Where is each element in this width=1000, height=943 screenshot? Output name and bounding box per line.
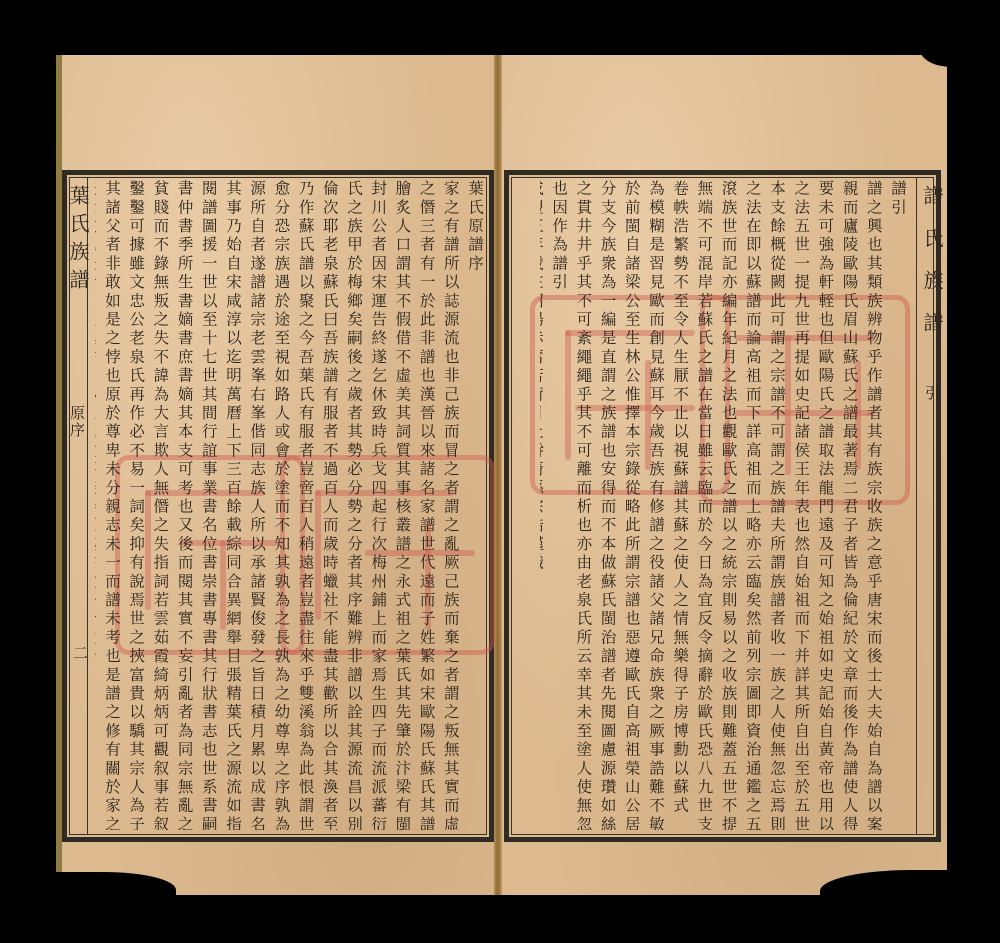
left-col-heading: 葉氏原譜序 (463, 180, 487, 830)
right-banxin-section: 引 (922, 385, 943, 402)
left-page-text: 葉氏原譜序 家之有譜所以誌源流也非己族而冒之者謂之亂厥己族而棄之者謂之叛無其實而… (95, 180, 487, 830)
left-col: 倫次耶老泉蘇氏曰吾族譜有服者不過百人而歲時蠟社不能盡其歡所以合其渙者至不相往來 (318, 180, 342, 830)
right-col: 卷帙浩繁勢不至令人生厭不止以視蘇譜其蘇之使人之情無樂得子房博勳以蘇式 (668, 180, 692, 830)
right-col: 無端不可混岸若蘇氏之譜在當日雖云臨而於今日為宜反令摘辭於歐氏恐八九世支流派衍 (692, 180, 716, 830)
left-col: 閱譜圖援一世以至十七世其間行誼事業書名位書崇書專書其行狀書志也世系書嗣系 (197, 180, 221, 830)
left-col: 鑿鑿可據雖文忠公老泉氏再作必不易一詞矣抑有說焉世之挾富貴以驕其宗人為子弟以把 (124, 180, 148, 830)
right-banxin-divider (916, 178, 917, 835)
book-spread: 葉氏族譜 原序 二 葉氏原譜序 家之有譜所以誌源流也非己族而冒之者謂之亂厥己族而… (0, 0, 1000, 943)
left-col: 封川公者因宋運告終遂乞休致時兵戈四起行次梅州鋪上而家焉生四子而流派蕃衍迄今棠 (366, 180, 390, 830)
right-col: 本支餘概從闕此可謂之宗譜不可謂之族譜夫所謂族譜者收一族之人使無忽忘焉則有蘇氏 (765, 180, 789, 830)
right-col: 之法五世一提九世再提如史記諸侯王年表也然自始祖而下并詳其所自出至於五世則獨詳 (789, 180, 813, 830)
right-col: 分支今族衆為一編是直謂之族譜也安得而不本做蘇氏閩治譜者先閱圖慮源瓚如絲之聯如繩 (595, 180, 619, 830)
left-col: 其諸父者非敢如是之悖也原於尊卑未分親志未一而譜未考也是譜之修有關於家之倫理而 (100, 180, 124, 830)
right-col-heading: 譜引 (886, 180, 910, 830)
right-col: 譜之興也其類族辨物乎作譜者其有族宗收族之意乎唐宋而後士大夫始自為譜以案一本之 (862, 180, 886, 830)
left-page-number: 二 (70, 645, 91, 662)
left-col: 其事乃始自宋咸淳以迄明萬曆上下三百餘載綜同合異網舉目張精葉氏之源流如指掌矣余 (221, 180, 245, 830)
right-page-text: 譜引 譜之興也其類族辨物乎作譜者其有族宗收族之意乎唐宋而後士大夫始自為譜以案一本… (540, 180, 910, 830)
left-col: 之僭三者有一於此非譜也漢晉以來諸名家譜世代遠而子姓繁如宋歐陽氏蘇氏其譜至今 (414, 180, 438, 830)
left-col: 愈分恐宗族遇於途至視如路人或會於塗而不知其孰為之長孰為之幼尊卑之序孰為之分長幼 (269, 180, 293, 830)
left-banxin-title: 葉氏族譜 (64, 185, 93, 297)
right-col: 要未可強為軒輊也但歐陽氏之譜取法龍門遠及可知之始祖如史記始自黃帝也用以五為九 (813, 180, 837, 830)
left-col: 源所自者遂譜諸宗老雲峯右峯偕同志族人所以承諸賢俊發之旨日積月累以成書名曰葉氏族 (245, 180, 269, 830)
left-col: 氏之族甲於梅鄉矣嗣後之歲者其勢必分勢之分者其序難辨非譜以詮其源流昌以別昭穆而定 (342, 180, 366, 830)
right-col: 之法在即以蘇譜而論高祖而下詳高祖而上略亦云臨矣然前列宗圖即資治通鑑之五圖也以 (741, 180, 765, 830)
right-col: 之貫井井乎其不可紊繩繩乎其不可離而析也亦由老泉氏所云幸其未至塗人使無忽忘焉可 (571, 180, 595, 830)
right-col-date: 咸豐三年歲在昭陽赤奮若荷月上澣裔孫宗誥謹識 (540, 180, 547, 830)
left-col: 膾炙人口謂其不假借不虛美其詞質其事核叢譜之永式祖之葉氏其先肇於汴梁有閩制置使 (390, 180, 414, 830)
left-col: 家之有譜所以誌源流也非己族而冒之者謂之亂厥己族而棄之者謂之叛無其實而虛張者謂 (439, 180, 463, 830)
book-spine (494, 55, 502, 895)
left-col: 貧賤而不錄無叛之失不諱為大言欺人無僭之失指詞若雲茹霞綺炳炳可觀叙事若叙峰川流 (148, 180, 172, 830)
right-col: 親而廬陵歐陽氏眉山蘇氏之譜最著焉二君子者皆為倫紀於文章而後作為譜使人得所持循 (837, 180, 861, 830)
left-col: 書仲書季所生書嫡書庶書嫡其本支可考也又後而閱其實不妄引亂者為同宗無亂之失不厭 (172, 180, 196, 830)
left-col: 乃作蘇氏譜以聚之今吾葉氏有服者豈啻百人稍遠者豈盡往來乎雙溪翁為此恨謂世愈遠則派 (293, 180, 317, 830)
right-col: 也因作為譜引 (547, 180, 571, 830)
right-col: 於前閩自諸梁公至生林公惟擇本宗錄從略此所謂宗譜也惡遵歐氏自高祖榮山公居蜀七葉 (620, 180, 644, 830)
right-col: 滾族世而記亦編年紀月之法也觀歐氏之譜以之統宗則易以之收族則難蓋五世不提則繁亂 (716, 180, 740, 830)
right-banxin-title: 譜 氏 族 譜 (918, 185, 947, 340)
right-col: 為模糊是習見歐而創見蘇耳今歲吾族有修譜之役諸父諸兄命族衆之厥事誥難不敏用敢推 (644, 180, 668, 830)
left-banxin-section: 原序 (67, 405, 88, 439)
